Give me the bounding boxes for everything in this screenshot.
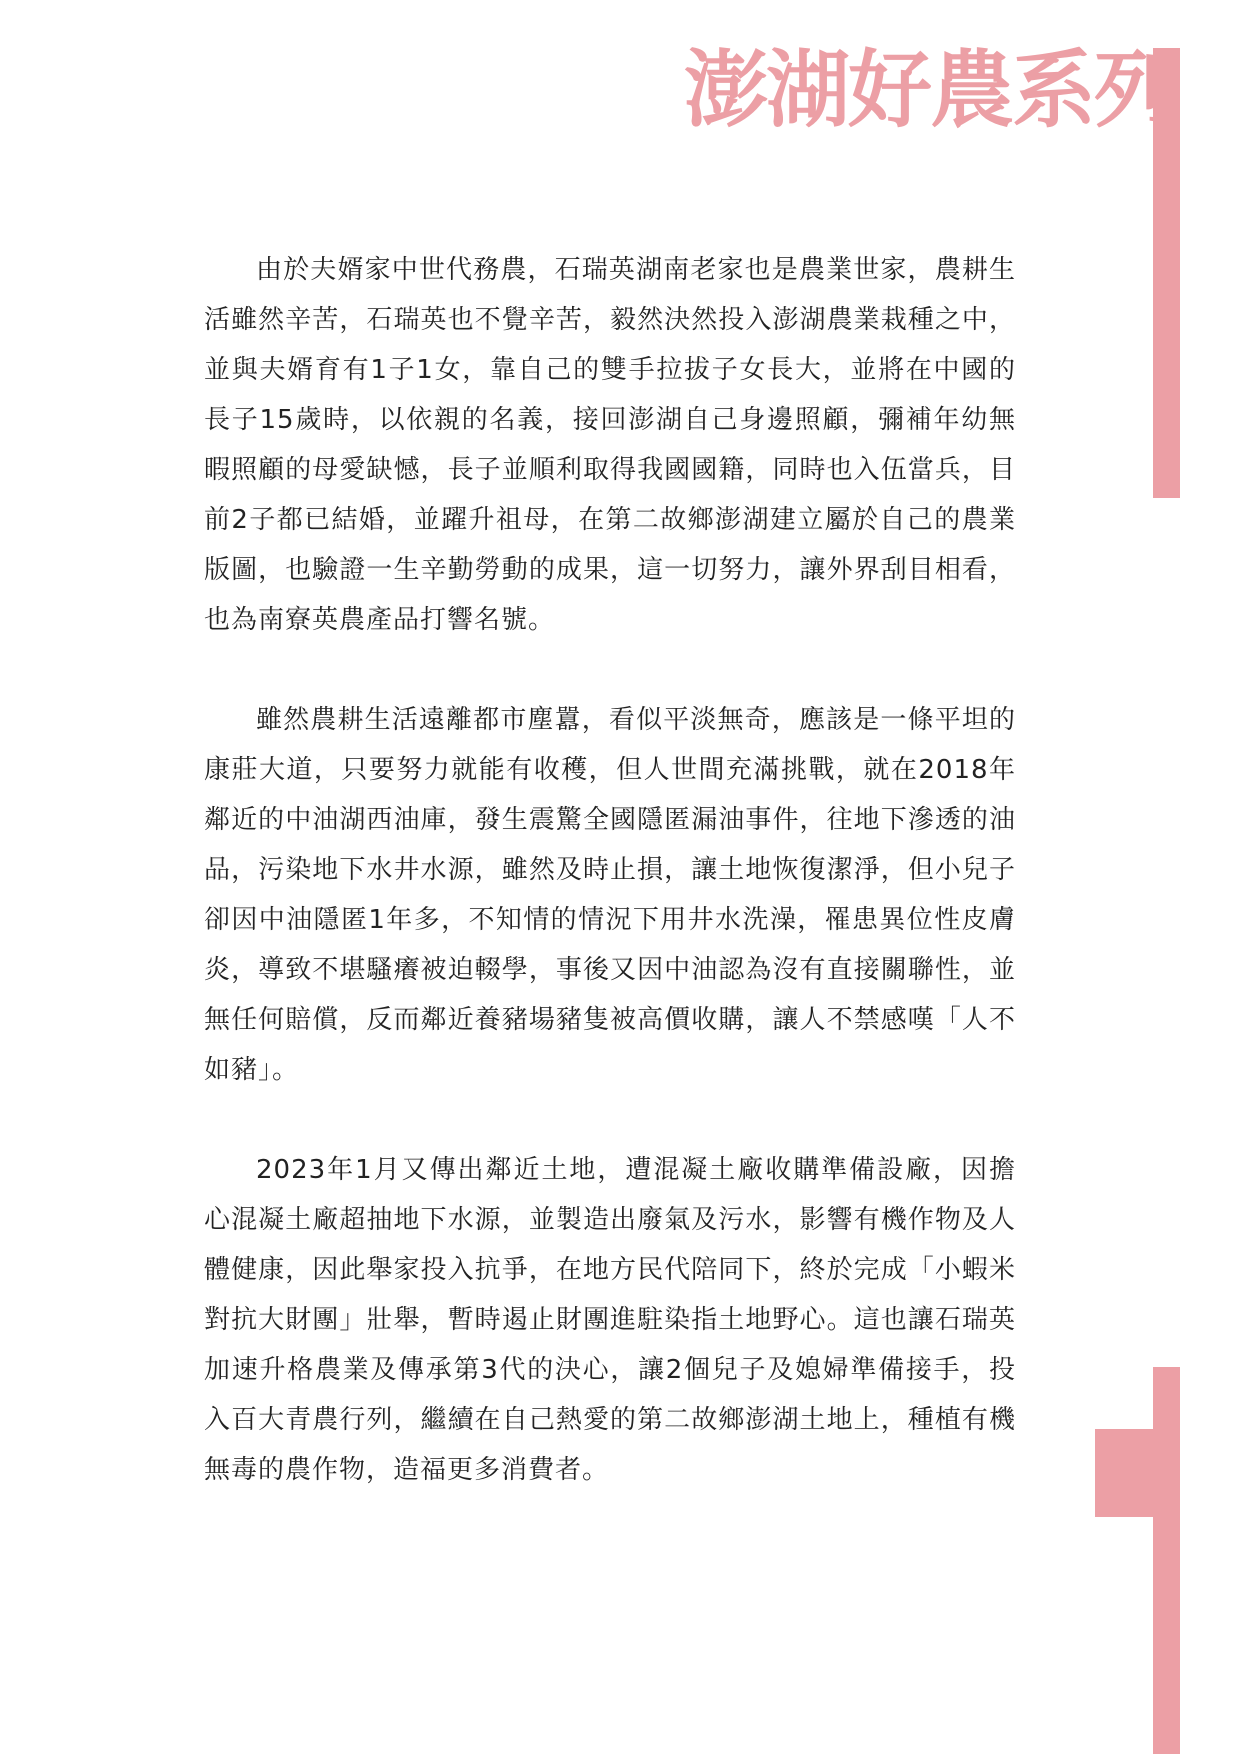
bottom-accent-bar bbox=[1153, 1367, 1180, 1754]
paragraph-2: 雖然農耕生活遠離都市塵囂，看似平淡無奇，應該是一條平坦的康莊大道，只要努力就能有… bbox=[204, 695, 1016, 1095]
page-title: 澎湖好農系列 bbox=[684, 30, 1184, 150]
bottom-accent-block bbox=[1095, 1429, 1153, 1517]
paragraph-3: 2023年1月又傳出鄰近土地，遭混凝土廠收購準備設廠，因擔心混凝土廠超抽地下水源… bbox=[204, 1145, 1016, 1495]
top-accent-bar bbox=[1153, 48, 1180, 498]
article-body: 由於夫婿家中世代務農，石瑞英湖南老家也是農業世家，農耕生活雖然辛苦，石瑞英也不覺… bbox=[204, 245, 1016, 1545]
paragraph-1: 由於夫婿家中世代務農，石瑞英湖南老家也是農業世家，農耕生活雖然辛苦，石瑞英也不覺… bbox=[204, 245, 1016, 645]
